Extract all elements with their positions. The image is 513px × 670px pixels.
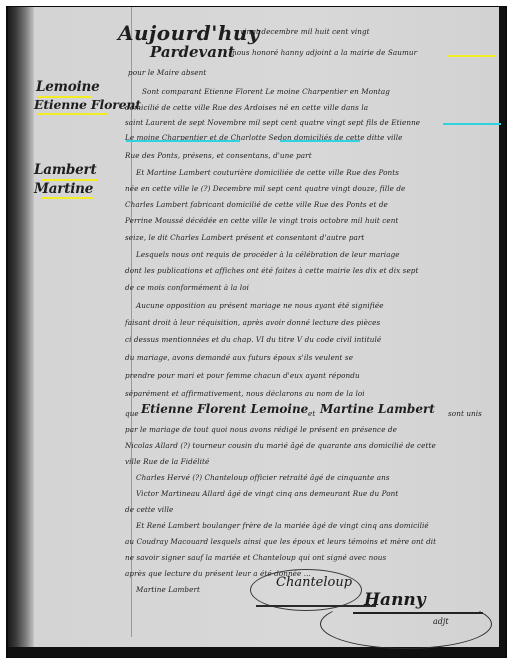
- text-line: Charles Lambert fabricant domicilié de c…: [125, 200, 388, 209]
- text-line: saint Laurent de sept Novembre mil sept …: [125, 118, 420, 127]
- text-line: Et René Lambert boulanger frère de la ma…: [136, 521, 429, 530]
- text-line: de ce mois conformément à la loi: [125, 283, 249, 292]
- signature-chanteloup: Chanteloup: [276, 575, 352, 590]
- opening-word: Aujourd'huy: [118, 21, 260, 45]
- text-line: Rue des Ponts, présens, et consentans, d…: [125, 151, 312, 160]
- text-line: Sont comparant Etienne Florent Le moine …: [142, 87, 390, 96]
- text-line: pour le Maire absent: [128, 68, 206, 77]
- text-line: née en cette ville le (?) Decembre mil s…: [125, 184, 405, 193]
- binding-spine: [8, 7, 34, 657]
- highlight-yellow: [38, 113, 108, 115]
- text-line: séparément et affirmativement, nous décl…: [125, 389, 365, 398]
- text-line: ville Rue de la Fidélité: [125, 457, 209, 466]
- text-line: Victor Martineau Allard âgé de vingt cin…: [136, 489, 398, 498]
- margin-surname-groom: Lemoine: [36, 79, 100, 95]
- text-line: au Coudray Macouard lesquels ainsi que l…: [125, 537, 436, 546]
- text-line: Nicolas Allard (?) tourneur cousin du ma…: [125, 441, 436, 450]
- text-line: dont les publications et affiches ont ét…: [125, 266, 419, 275]
- text-line: Martine Lambert: [136, 585, 200, 594]
- bride-name-large: Martine Lambert: [320, 402, 435, 416]
- text-line: ci dessus mentionnées et du chap. VI du …: [125, 335, 381, 344]
- text-line: que: [125, 409, 139, 418]
- text-line: prendre pour mari et pour femme chacun d…: [125, 371, 360, 380]
- text-line: ne savoir signer sauf la mariée et Chant…: [125, 553, 386, 562]
- highlight-yellow: [448, 55, 496, 57]
- text-line: seize, le dit Charles Lambert présent et…: [125, 233, 364, 242]
- text-line: Charles Hervé (?) Chanteloup officier re…: [136, 473, 390, 482]
- text-line: Lesquels nous ont requis de procéder à l…: [136, 250, 400, 259]
- text-line: et: [308, 409, 315, 418]
- text-line: domicilié de cette ville Rue des Ardoise…: [125, 103, 368, 112]
- register-page: Lemoine Etienne Florent Lambert Martine …: [8, 7, 505, 657]
- signature-flourish: [320, 599, 492, 649]
- page-edge-right: [499, 7, 505, 657]
- groom-name-large: Etienne Florent Lemoine: [141, 402, 308, 416]
- text-line: par le mariage de tout quoi nous avons r…: [125, 425, 397, 434]
- page-edge-bottom: [8, 647, 505, 657]
- highlight-cyan: [280, 140, 360, 142]
- text-line: Aucune opposition au présent mariage ne …: [136, 301, 384, 310]
- text-line: du mariage, avons demandé aux futurs épo…: [125, 353, 353, 362]
- text-line: de cette ville: [125, 505, 173, 514]
- date-text: vingt decembre mil huit cent vingt: [240, 27, 370, 36]
- signature-title: adjt: [433, 617, 449, 626]
- officer-line: nous honoré hanny adjoint a la mairie de…: [232, 48, 417, 57]
- highlight-cyan: [126, 140, 240, 142]
- margin-given-bride: Martine: [34, 181, 93, 197]
- text-line: sont unis: [448, 409, 482, 418]
- text-line: faisant droit à leur réquisition, après …: [125, 318, 380, 327]
- highlight-cyan: [443, 123, 501, 125]
- text-line: Perrine Moussé décédée en cette ville le…: [125, 216, 398, 225]
- margin-surname-bride: Lambert: [34, 162, 97, 178]
- text-line: Et Martine Lambert couturière domiciliée…: [136, 168, 399, 177]
- pardevant-word: Pardevant: [150, 43, 235, 61]
- highlight-yellow: [42, 197, 94, 199]
